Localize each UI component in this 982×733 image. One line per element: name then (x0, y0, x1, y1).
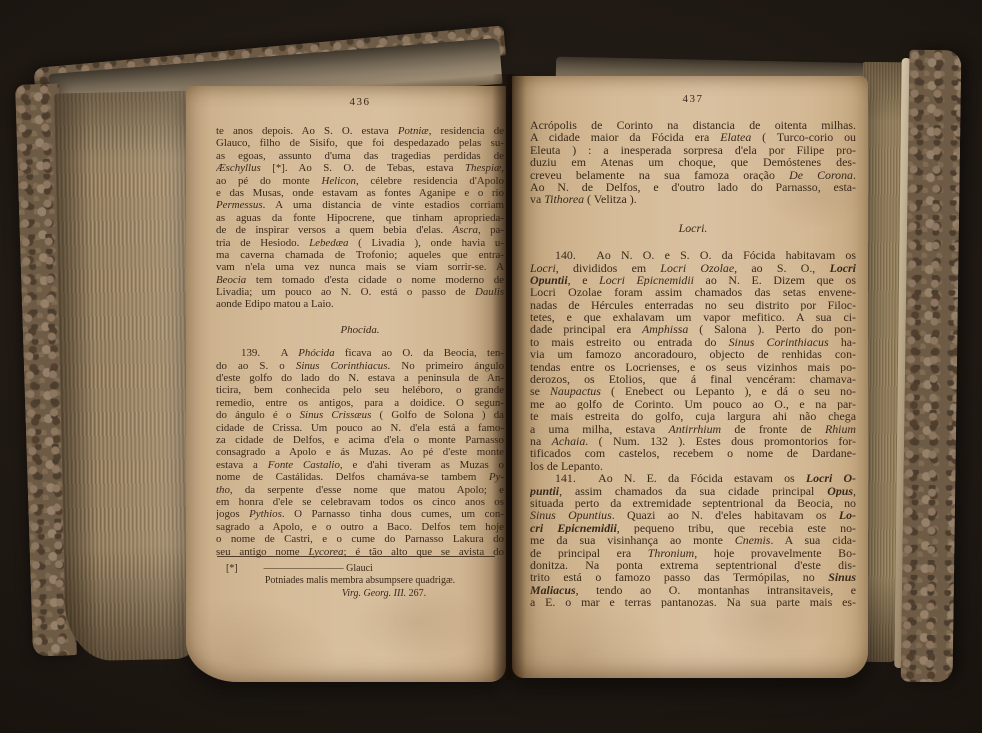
text-line: Eleuta ) : a inesperada sorpresa d'ela p… (530, 144, 856, 156)
text-line: duziu em Atenas um choque, que Demóstene… (530, 156, 856, 168)
text-line: Sinus Opuntius. Quazi ao N. d'eles habit… (530, 509, 856, 521)
text-line: Glauco, filho de Sisifo, que foi despeda… (216, 137, 504, 149)
text-line: 139. A Phócida ficava ao O. da Beocia, t… (216, 347, 504, 359)
text-line: em honra d'ele se celebravam todos os ci… (216, 496, 504, 508)
text-line: Permessus. A uma distancia de vinte esta… (216, 199, 504, 211)
left-page-body: te anos depois. Ao S. O. estava Potniæ, … (216, 125, 504, 558)
text-line: aonde Edipo matou a Laio. (216, 298, 504, 310)
text-line: Ao N. de Delfos, e d'outro lado do Parna… (530, 181, 856, 193)
text-line: do ao S. o Sinus Corinthiacus. No primei… (216, 360, 504, 372)
right-page: 437 Acrópolis de Corinto na distancia de… (512, 76, 868, 678)
text-line: consagrado a Apolo e ás Muzas. Ao pé d'e… (216, 446, 504, 458)
text-line: Acrópolis de Corinto na distancia de oit… (530, 119, 856, 131)
text-line: a E. o mar e terras pantanozas. Na sua p… (530, 596, 856, 608)
book-scan-photo: 436 te anos depois. Ao S. O. estava Potn… (0, 0, 982, 733)
text-line: Livadia; um pouco ao N. O. está o passo … (216, 286, 504, 298)
left-page: 436 te anos depois. Ao S. O. estava Potn… (186, 86, 506, 682)
text-line: o nome de Castri, e o cume do Parnasso L… (216, 533, 504, 545)
text-line: ticira, bem conhecida pelo seu heléboro,… (216, 384, 504, 396)
text-line: de principal era Thronium, hoje provavel… (530, 547, 856, 559)
text-line: tho, da serpente d'esse nome que matou A… (216, 484, 504, 496)
text-line: d'este golfo do lado do N. estava a peni… (216, 372, 504, 384)
text-line: [*]———————— Glauci (216, 563, 504, 575)
text-line: ao pé do monte Helicon, célebre residenc… (216, 175, 504, 187)
text-line: nadas de Hércules enterradas no seu dist… (530, 299, 856, 311)
text-line: Æschyllus [*]. Ao S. O. de Tebas, estava… (216, 162, 504, 174)
text-line: derozos, os Etolios, que á final vencéra… (530, 373, 856, 385)
text-line: donitza. Na ponta extrema septentrional … (530, 559, 856, 571)
text-line: via um famozo ancoradouro, objecto de re… (530, 348, 856, 360)
section-heading: Phocida. (216, 324, 504, 336)
text-line: de de inspirar versos a quem bebia d'ela… (216, 224, 504, 236)
section-heading: Locri. (530, 222, 856, 234)
text-line: tificados com castelos, recebem o nome d… (530, 447, 856, 459)
text-line: as egoas, assunto d'uma das tragedias pe… (216, 150, 504, 162)
page-number-right: 437 (530, 93, 856, 105)
text-line: tendas entre os Locrienses, e os seus vi… (530, 361, 856, 373)
text-line: na Achaia. ( Num. 132 ). Estes dous prom… (530, 435, 856, 447)
text-line: ma caverna chamada de Trofonio; aqueles … (216, 249, 504, 261)
text-line: trito está o famozo passo das Termópilas… (530, 571, 856, 583)
text-line: dade principal era Amphissa ( Salona ). … (530, 323, 856, 335)
text-line: cri Epicnemidii, pequeno tribu, que rece… (530, 522, 856, 534)
text-line: 141. Ao N. E. da Fócida estavam os Locri… (530, 472, 856, 484)
text-line: Virg. Georg. III. 267. (216, 588, 504, 600)
right-page-body: Acrópolis de Corinto na distancia de oit… (530, 119, 856, 608)
text-line: Maliacus, tendo ao O. montanhas intransi… (530, 584, 856, 596)
text-line: sagrado a Apolo, e o outro a Baco. Delfo… (216, 521, 504, 533)
text-line: puntii, assim chamados da sua cidade pri… (530, 485, 856, 497)
text-line: A cidade maior da Fócida era Elatea ( Tu… (530, 131, 856, 143)
text-line: situada perto da extremidade septentrion… (530, 497, 856, 509)
footnote-lines: [*]———————— GlauciPotniades malis membra… (216, 563, 504, 600)
page-number-left: 436 (216, 96, 504, 108)
text-line: te anos depois. Ao S. O. estava Potniæ, … (216, 125, 504, 137)
text-line: e das Musas, onde estavam as fontes Agan… (216, 187, 504, 199)
page-stack-fore-edge-left (54, 91, 204, 662)
text-line: as aguas da fonte Hipocrene, que tinham … (216, 212, 504, 224)
text-line: Beocia tem tomado d'esta cidade o nome m… (216, 274, 504, 286)
text-line: Opuntii, e Locri Epicnemidii ao N. E. Di… (530, 274, 856, 286)
text-line: me ao golfo de Corinto. Um pouco ao O., … (530, 398, 856, 410)
footnote-block: [*]———————— GlauciPotniades malis membra… (216, 556, 504, 600)
text-line: vam n'ela uma vez nunca mais se viam sor… (216, 261, 504, 273)
text-line: cidade de Crissa. Um pouco ao N. d'ela e… (216, 422, 504, 434)
text-line: jogos Pythios. O Parnasso tinha dous cum… (216, 508, 504, 520)
text-line: creveu belamente na sua famoza oração De… (530, 169, 856, 181)
text-line: remedio, entre os antigos, para a doidic… (216, 397, 504, 409)
text-line: Potniades malis membra absumpsere quadri… (216, 575, 504, 587)
text-line: se Naupactus ( Enebect ou Lepanto ), e d… (530, 385, 856, 397)
text-line: to mais estreito ou entrada do Sinus Cor… (530, 336, 856, 348)
text-line: estava a Fonte Castalio, e d'ahi tiveram… (216, 459, 504, 471)
text-line: za cidade de Delfos, e acima d'ela o mon… (216, 434, 504, 446)
gutter-shadow (492, 74, 526, 680)
text-line: do ángulo é o Sinus Crissæus ( Golfo de … (216, 409, 504, 421)
text-line: los de Lepanto. (530, 460, 856, 472)
text-line: a uma milha, estava Antirrhium de fronte… (530, 423, 856, 435)
text-line: tria de Hesiodo. Lebedæa ( Livadia ), on… (216, 237, 504, 249)
text-line: me da sua visinhança ao monte Cnemis. A … (530, 534, 856, 546)
text-line: te mais estreita do golfo, cuja largura … (530, 410, 856, 422)
text-line: tetes, e que exhalavam um vapor mefitico… (530, 311, 856, 323)
text-line: nome de Castálidas. Delfos chamáva-se ta… (216, 471, 504, 483)
text-line: va Tithorea ( Velitza ). (530, 193, 856, 205)
footnote-rule (217, 556, 495, 557)
text-line: Locri Ozolae foram assim chamados das se… (530, 286, 856, 298)
text-line: Locri, divididos em Locri Ozolae, ao S. … (530, 262, 856, 274)
book-cover-right-edge (901, 50, 962, 683)
text-line: 140. Ao N. O. e S. O. da Fócida habitava… (530, 249, 856, 261)
